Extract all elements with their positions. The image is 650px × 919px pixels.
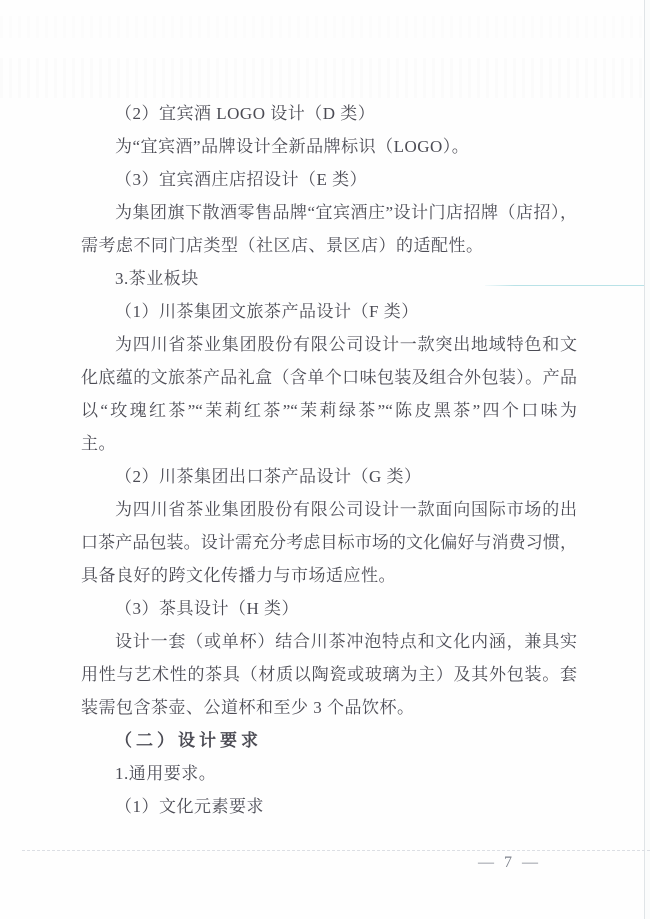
body-line: 具备良好的跨文化传播力与市场适应性。 bbox=[81, 559, 577, 592]
page-number: — 7 — bbox=[478, 852, 541, 874]
subsection-heading-general: 1.通用要求。 bbox=[81, 757, 577, 790]
body-line: 化底蕴的文旅茶产品礼盒（含单个口味包装及组合外包装）。产品 bbox=[81, 361, 577, 394]
page-edge-line bbox=[644, 0, 645, 919]
body-line: 为四川省茶业集团股份有限公司设计一款突出地域特色和文 bbox=[81, 328, 577, 361]
body-line: 口茶产品包装。设计需充分考虑目标市场的文化偏好与消费习惯， bbox=[81, 526, 577, 559]
body-line: 以“玫瑰红茶”“茉莉红茶”“茉莉绿茶”“陈皮黑茶”四个口味为 bbox=[81, 394, 577, 427]
body-line: 设计一套（或单杯）结合川茶冲泡特点和文化内涵，兼具实 bbox=[81, 625, 577, 658]
item-heading-cultural-elements: （1）文化元素要求 bbox=[81, 790, 577, 823]
document-page: （2）宜宾酒 LOGO 设计（D 类） 为“宜宾酒”品牌设计全新品牌标识（LOG… bbox=[0, 0, 650, 919]
body-line: 需考虑不同门店类型（社区店、景区店）的适配性。 bbox=[81, 229, 577, 262]
body-line: 主。 bbox=[81, 427, 577, 460]
document-body: （2）宜宾酒 LOGO 设计（D 类） 为“宜宾酒”品牌设计全新品牌标识（LOG… bbox=[81, 97, 577, 823]
body-line: 为“宜宾酒”品牌设计全新品牌标识（LOGO）。 bbox=[81, 130, 577, 163]
item-heading-teaware: （3）茶具设计（H 类） bbox=[81, 592, 577, 625]
item-heading-cultural-tea: （1）川茶集团文旅茶产品设计（F 类） bbox=[81, 295, 577, 328]
page-edge-strip bbox=[645, 0, 650, 919]
section-heading-design-requirements: （二）设计要求 bbox=[81, 724, 577, 757]
scan-noise-band bbox=[0, 16, 650, 38]
section-heading-tea-sector: 3.茶业板块 bbox=[81, 262, 577, 295]
body-line: 为集团旗下散酒零售品牌“宜宾酒庄”设计门店招牌（店招）， bbox=[81, 196, 577, 229]
item-heading-yibin-logo: （2）宜宾酒 LOGO 设计（D 类） bbox=[81, 97, 577, 130]
cyan-scan-artifact-line bbox=[485, 285, 650, 286]
item-heading-storefront-sign: （3）宜宾酒庄店招设计（E 类） bbox=[81, 163, 577, 196]
item-heading-export-tea: （2）川茶集团出口茶产品设计（G 类） bbox=[81, 460, 577, 493]
scan-noise-band bbox=[0, 58, 650, 98]
body-line: 为四川省茶业集团股份有限公司设计一款面向国际市场的出 bbox=[81, 493, 577, 526]
body-line: 用性与艺术性的茶具（材质以陶瓷或玻璃为主）及其外包装。套 bbox=[81, 658, 577, 691]
dashed-scan-artifact-line bbox=[22, 850, 650, 851]
body-line: 装需包含茶壶、公道杯和至少 3 个品饮杯。 bbox=[81, 691, 577, 724]
